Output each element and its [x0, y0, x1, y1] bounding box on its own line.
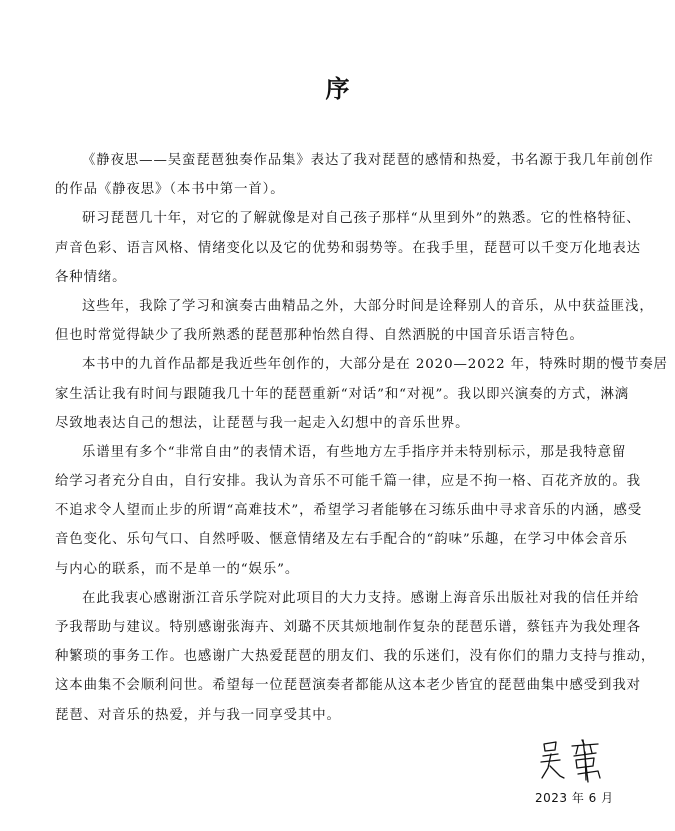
text-line: 研习琵琶几十年，对它的了解就像是对自己孩子那样“从里到外”的熟悉。它的性格特征、 [82, 204, 641, 233]
paragraph-3-line-2: 但也时常觉得缺少了我所熟悉的琵琶那种怡然自得、自然洒脱的中国音乐语言特色。 [55, 321, 625, 350]
text-line: 琵琶、对音乐的热爱，并与我一同享受其中。 [55, 701, 341, 730]
paragraph-6-line-4: 这本曲集不会顺利问世。希望每一位琵琶演奏者都能从这本老少皆宜的琵琶曲集中感受到我… [55, 671, 625, 700]
text-line: 这些年，我除了学习和演奏古曲精品之外，大部分时间是诠释别人的音乐，从中获益匪浅， [82, 292, 654, 321]
text-line: 种繁琐的事务工作。也感谢广大热爱琵琶的朋友们、我的乐迷们，没有你们的鼎力支持与推… [55, 642, 655, 671]
paragraph-5-line-2: 给学习者充分自由，自行安排。我认为音乐不可能千篇一律，应是不拘一格、百花齐放的。… [55, 467, 625, 496]
signature-date: 2023 年 6 月 [535, 790, 614, 806]
text-line: 不追求令人望而止步的所谓“高难技术”，希望学习者能够在习练乐曲中寻求音乐的内涵，… [55, 496, 642, 525]
text-line: 各种情绪。 [55, 263, 126, 292]
paragraph-4-line-2: 家生活让我有时间与跟随我几十年的琵琶重新“对话”和“对视”。我以即兴演奏的方式，… [55, 380, 625, 409]
text-line: 尽致地表达自己的想法，让琵琶与我一起走入幻想中的音乐世界。 [55, 409, 469, 438]
text-line: 的作品《静夜思》（本书中第一首）。 [55, 175, 285, 204]
text-line: 《静夜思——吴蛮琵琶独奏作品集》表达了我对琵琶的感情和热爱，书名源于我几年前创作 [82, 146, 654, 175]
paragraph-2-line-3: 各种情绪。 [55, 263, 625, 292]
paragraph-6-line-1: 在此我衷心感谢浙江音乐学院对此项目的大力支持。感谢上海音乐出版社对我的信任并给 [55, 584, 625, 613]
paragraph-5-line-1: 乐谱里有多个“非常自由”的表情术语，有些地方左手指序并未特别标示，那是我特意留 [55, 438, 625, 467]
preface-page: 序 《静夜思——吴蛮琵琶独奏作品集》表达了我对琵琶的感情和热爱，书名源于我几年前… [0, 0, 675, 831]
text-line: 声音色彩、语言风格、情绪变化以及它的优势和弱势等。在我手里，琵琶可以千变万化地表… [55, 234, 641, 263]
text-line: 在此我衷心感谢浙江音乐学院对此项目的大力支持。感谢上海音乐出版社对我的信任并给 [82, 584, 639, 613]
paragraph-6-line-2: 予我帮助与建议。特别感谢张海卉、刘璐不厌其烦地制作复杂的琵琶乐谱，蔡钰卉为我处理… [55, 613, 625, 642]
text-line: 予我帮助与建议。特别感谢张海卉、刘璐不厌其烦地制作复杂的琵琶乐谱，蔡钰卉为我处理… [55, 613, 641, 642]
paragraph-4-line-3: 尽致地表达自己的想法，让琵琶与我一起走入幻想中的音乐世界。 [55, 409, 625, 438]
paragraph-6-line-5: 琵琶、对音乐的热爱，并与我一同享受其中。 [55, 701, 625, 730]
text-line: 本书中的九首作品都是我近些年创作的，大部分是在 2020—2022 年，特殊时期… [82, 350, 668, 379]
text-line: 乐谱里有多个“非常自由”的表情术语，有些地方左手指序并未特别标示，那是我特意留 [82, 438, 626, 467]
text-line: 给学习者充分自由，自行安排。我认为音乐不可能千篇一律，应是不拘一格、百花齐放的。… [55, 467, 641, 496]
paragraph-5-line-3: 不追求令人望而止步的所谓“高难技术”，希望学习者能够在习练乐曲中寻求音乐的内涵，… [55, 496, 625, 525]
paragraph-5-line-4: 音色变化、乐句气口、自然呼吸、惬意情绪及左右手配合的“韵味”乐趣，在学习中体会音… [55, 525, 625, 554]
paragraph-6-line-3: 种繁琐的事务工作。也感谢广大热爱琵琶的朋友们、我的乐迷们，没有你们的鼎力支持与推… [55, 642, 625, 671]
paragraph-5-line-5: 与内心的联系，而不是单一的“娱乐”。 [55, 555, 625, 584]
text-line: 家生活让我有时间与跟随我几十年的琵琶重新“对话”和“对视”。我以即兴演奏的方式，… [55, 380, 629, 409]
page-title: 序 [0, 73, 675, 105]
paragraph-4-line-1: 本书中的九首作品都是我近些年创作的，大部分是在 2020—2022 年，特殊时期… [55, 350, 625, 379]
text-line: 音色变化、乐句气口、自然呼吸、惬意情绪及左右手配合的“韵味”乐趣，在学习中体会音… [55, 525, 628, 554]
preface-body: 《静夜思——吴蛮琵琶独奏作品集》表达了我对琵琶的感情和热爱，书名源于我几年前创作… [55, 146, 625, 730]
text-line: 但也时常觉得缺少了我所熟悉的琵琶那种怡然自得、自然洒脱的中国音乐语言特色。 [55, 321, 584, 350]
text-line: 这本曲集不会顺利问世。希望每一位琵琶演奏者都能从这本老少皆宜的琵琶曲集中感受到我… [55, 671, 641, 700]
paragraph-2-line-2: 声音色彩、语言风格、情绪变化以及它的优势和弱势等。在我手里，琵琶可以千变万化地表… [55, 234, 625, 263]
paragraph-1-line-1: 《静夜思——吴蛮琵琶独奏作品集》表达了我对琵琶的感情和热爱，书名源于我几年前创作 [55, 146, 625, 175]
paragraph-3-line-1: 这些年，我除了学习和演奏古曲精品之外，大部分时间是诠释别人的音乐，从中获益匪浅， [55, 292, 625, 321]
text-line: 与内心的联系，而不是单一的“娱乐”。 [55, 555, 299, 584]
handwritten-signature [538, 738, 618, 786]
paragraph-2-line-1: 研习琵琶几十年，对它的了解就像是对自己孩子那样“从里到外”的熟悉。它的性格特征、 [55, 204, 625, 233]
paragraph-1-line-2: 的作品《静夜思》（本书中第一首）。 [55, 175, 625, 204]
